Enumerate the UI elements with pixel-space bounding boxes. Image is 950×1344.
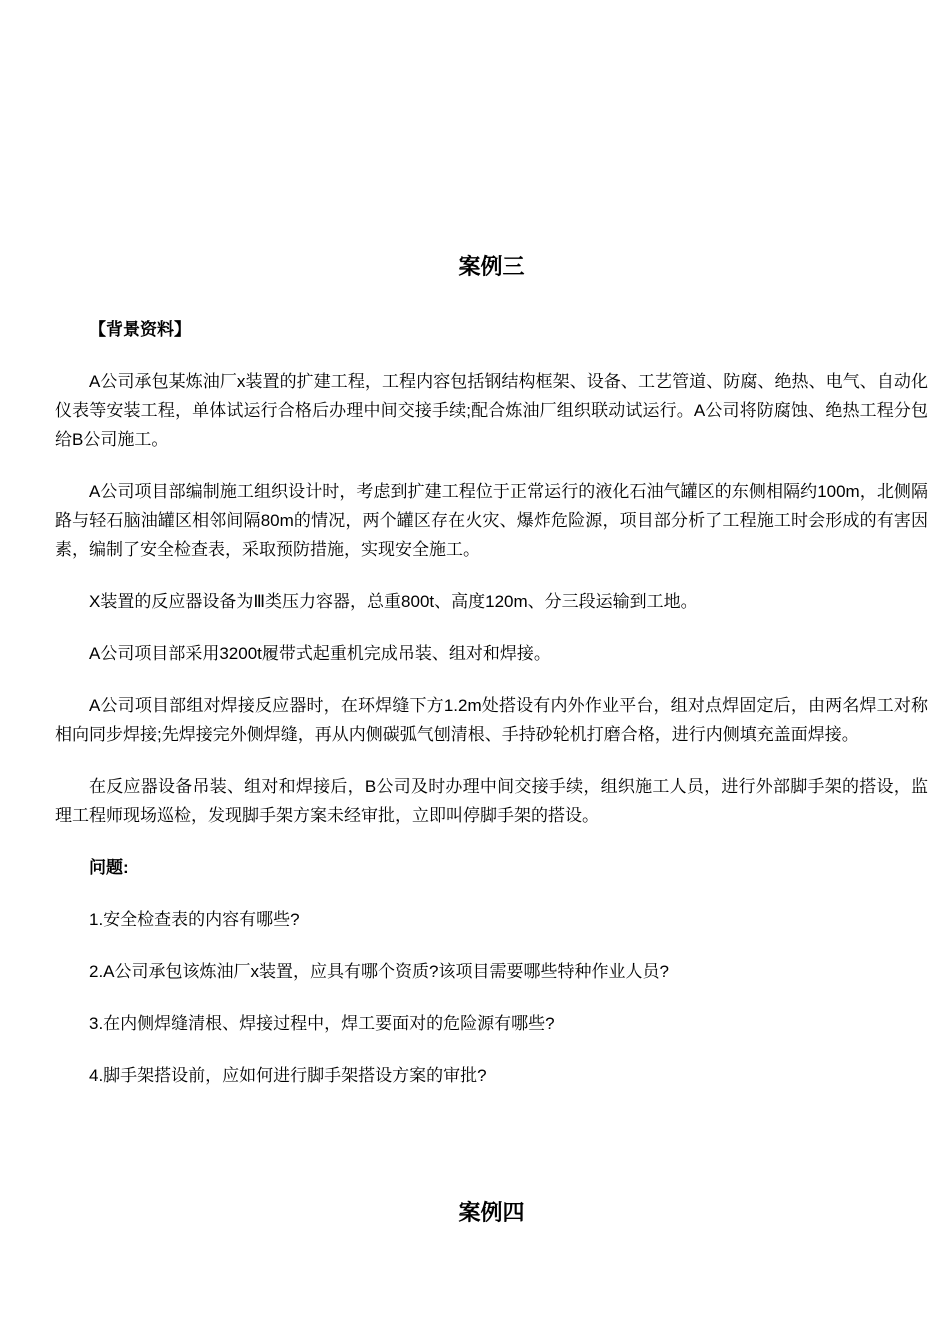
background-paragraph-1: A公司承包某炼油厂x装置的扩建工程，工程内容包括钢结构框架、设备、工艺管道、防腐… (55, 367, 928, 454)
question-2: 2.A公司承包该炼油厂x装置，应具有哪个资质?该项目需要哪些特种作业人员? (55, 957, 928, 986)
question-3: 3.在内侧焊缝清根、焊接过程中，焊工要面对的危险源有哪些? (55, 1009, 928, 1038)
case3-title: 案例三 (55, 252, 928, 282)
background-paragraph-6: 在反应器设备吊装、组对和焊接后，B公司及时办理中间交接手续，组织施工人员，进行外… (55, 772, 928, 830)
background-paragraph-4: A公司项目部采用3200t履带式起重机完成吊装、组对和焊接。 (55, 639, 928, 668)
document-page: 案例三 【背景资料】 A公司承包某炼油厂x装置的扩建工程，工程内容包括钢结构框架… (0, 0, 950, 1344)
question-1: 1.安全检查表的内容有哪些? (55, 905, 928, 934)
background-paragraph-5: A公司项目部组对焊接反应器时，在环焊缝下方1.2m处搭设有内外作业平台，组对点焊… (55, 691, 928, 749)
background-paragraph-3: X装置的反应器设备为Ⅲ类压力容器，总重800t、高度120m、分三段运输到工地。 (55, 587, 928, 616)
background-heading: 【背景资料】 (55, 315, 928, 344)
question-4: 4.脚手架搭设前，应如何进行脚手架搭设方案的审批? (55, 1061, 928, 1090)
case4-title: 案例四 (55, 1198, 928, 1228)
questions-label: 问题: (55, 853, 928, 882)
background-paragraph-2: A公司项目部编制施工组织设计时，考虑到扩建工程位于正常运行的液化石油气罐区的东侧… (55, 477, 928, 564)
